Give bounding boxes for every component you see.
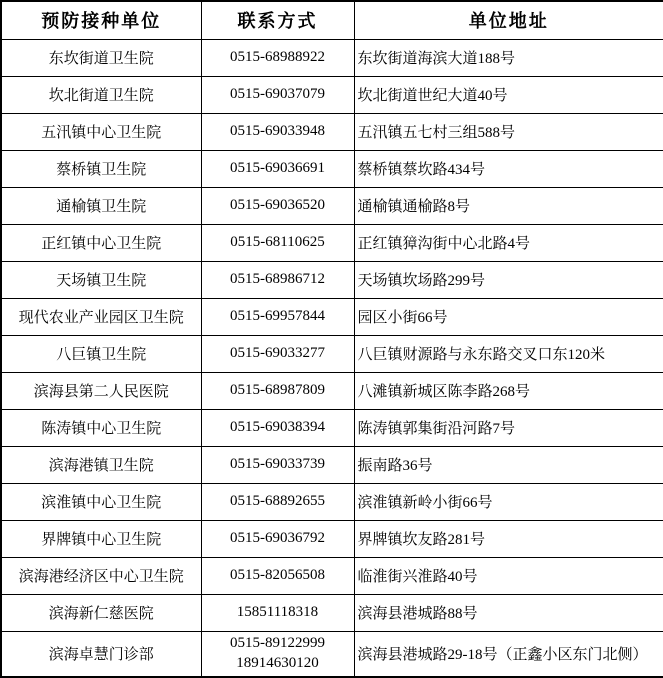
table-row: 滨海卓慧门诊部 0515-89122999 18914630120 滨海县港城路… <box>1 631 663 677</box>
address-cell: 八滩镇新城区陈李路268号 <box>354 372 663 409</box>
table-row: 通榆镇卫生院 0515-69036520 通榆镇通榆路8号 <box>1 187 663 224</box>
contact-cell: 15851118318 <box>201 594 354 631</box>
table-row: 坎北街道卫生院 0515-69037079 坎北街道世纪大道40号 <box>1 76 663 113</box>
table-row: 陈涛镇中心卫生院 0515-69038394 陈涛镇郭集街沿河路7号 <box>1 409 663 446</box>
address-cell: 通榆镇通榆路8号 <box>354 187 663 224</box>
address-cell: 天场镇坎场路299号 <box>354 261 663 298</box>
table-row: 正红镇中心卫生院 0515-68110625 正红镇獐沟街中心北路4号 <box>1 224 663 261</box>
unit-cell: 蔡桥镇卫生院 <box>1 150 201 187</box>
contact-cell: 0515-68986712 <box>201 261 354 298</box>
header-row: 预防接种单位 联系方式 单位地址 <box>1 1 663 39</box>
table-row: 天场镇卫生院 0515-68986712 天场镇坎场路299号 <box>1 261 663 298</box>
unit-cell: 坎北街道卫生院 <box>1 76 201 113</box>
vaccination-contact-table: 预防接种单位 联系方式 单位地址 东坎街道卫生院 0515-68988922 东… <box>0 0 663 678</box>
contact-cell: 0515-69036792 <box>201 520 354 557</box>
header-unit: 预防接种单位 <box>1 1 201 39</box>
unit-cell: 通榆镇卫生院 <box>1 187 201 224</box>
contact-cell: 0515-69957844 <box>201 298 354 335</box>
table-row: 东坎街道卫生院 0515-68988922 东坎街道海滨大道188号 <box>1 39 663 76</box>
unit-cell: 界牌镇中心卫生院 <box>1 520 201 557</box>
unit-cell: 滨海县第二人民医院 <box>1 372 201 409</box>
contact-cell: 0515-68988922 <box>201 39 354 76</box>
table-row: 滨海港镇卫生院 0515-69033739 振南路36号 <box>1 446 663 483</box>
address-cell: 滨海县港城路88号 <box>354 594 663 631</box>
contact-cell: 0515-69033739 <box>201 446 354 483</box>
address-cell: 蔡桥镇蔡坎路434号 <box>354 150 663 187</box>
table-row: 五汛镇中心卫生院 0515-69033948 五汛镇五七村三组588号 <box>1 113 663 150</box>
header-address: 单位地址 <box>354 1 663 39</box>
table-row: 滨海县第二人民医院 0515-68987809 八滩镇新城区陈李路268号 <box>1 372 663 409</box>
unit-cell: 陈涛镇中心卫生院 <box>1 409 201 446</box>
unit-cell: 天场镇卫生院 <box>1 261 201 298</box>
address-cell: 振南路36号 <box>354 446 663 483</box>
address-cell: 正红镇獐沟街中心北路4号 <box>354 224 663 261</box>
address-cell: 滨海县港城路29-18号（正鑫小区东门北侧） <box>354 631 663 677</box>
unit-cell: 八巨镇卫生院 <box>1 335 201 372</box>
table-row: 八巨镇卫生院 0515-69033277 八巨镇财源路与永东路交叉口东120米 <box>1 335 663 372</box>
address-cell: 坎北街道世纪大道40号 <box>354 76 663 113</box>
header-contact: 联系方式 <box>201 1 354 39</box>
address-cell: 东坎街道海滨大道188号 <box>354 39 663 76</box>
unit-cell: 东坎街道卫生院 <box>1 39 201 76</box>
table-header: 预防接种单位 联系方式 单位地址 <box>1 1 663 39</box>
table-row: 现代农业产业园区卫生院 0515-69957844 园区小街66号 <box>1 298 663 335</box>
unit-cell: 滨海港经济区中心卫生院 <box>1 557 201 594</box>
contact-cell: 0515-82056508 <box>201 557 354 594</box>
contact-cell: 0515-69033277 <box>201 335 354 372</box>
contact-cell: 0515-69033948 <box>201 113 354 150</box>
contact-cell: 0515-69037079 <box>201 76 354 113</box>
table-row: 滨海港经济区中心卫生院 0515-82056508 临淮街兴淮路40号 <box>1 557 663 594</box>
address-cell: 五汛镇五七村三组588号 <box>354 113 663 150</box>
table-row: 滨海新仁慈医院 15851118318 滨海县港城路88号 <box>1 594 663 631</box>
contact-cell: 0515-69038394 <box>201 409 354 446</box>
unit-cell: 滨淮镇中心卫生院 <box>1 483 201 520</box>
contact-cell: 0515-68892655 <box>201 483 354 520</box>
contact-cell: 0515-69036520 <box>201 187 354 224</box>
table-body: 东坎街道卫生院 0515-68988922 东坎街道海滨大道188号 坎北街道卫… <box>1 39 663 677</box>
contact-cell: 0515-68987809 <box>201 372 354 409</box>
contact-cell: 0515-68110625 <box>201 224 354 261</box>
contact-cell: 0515-89122999 18914630120 <box>201 631 354 677</box>
address-cell: 临淮街兴淮路40号 <box>354 557 663 594</box>
address-cell: 八巨镇财源路与永东路交叉口东120米 <box>354 335 663 372</box>
unit-cell: 滨海港镇卫生院 <box>1 446 201 483</box>
table-row: 界牌镇中心卫生院 0515-69036792 界牌镇坎友路281号 <box>1 520 663 557</box>
contact-cell: 0515-69036691 <box>201 150 354 187</box>
unit-cell: 滨海卓慧门诊部 <box>1 631 201 677</box>
address-cell: 陈涛镇郭集街沿河路7号 <box>354 409 663 446</box>
table-row: 滨淮镇中心卫生院 0515-68892655 滨淮镇新岭小街66号 <box>1 483 663 520</box>
unit-cell: 现代农业产业园区卫生院 <box>1 298 201 335</box>
table-row: 蔡桥镇卫生院 0515-69036691 蔡桥镇蔡坎路434号 <box>1 150 663 187</box>
unit-cell: 滨海新仁慈医院 <box>1 594 201 631</box>
unit-cell: 正红镇中心卫生院 <box>1 224 201 261</box>
address-cell: 园区小街66号 <box>354 298 663 335</box>
unit-cell: 五汛镇中心卫生院 <box>1 113 201 150</box>
address-cell: 滨淮镇新岭小街66号 <box>354 483 663 520</box>
address-cell: 界牌镇坎友路281号 <box>354 520 663 557</box>
